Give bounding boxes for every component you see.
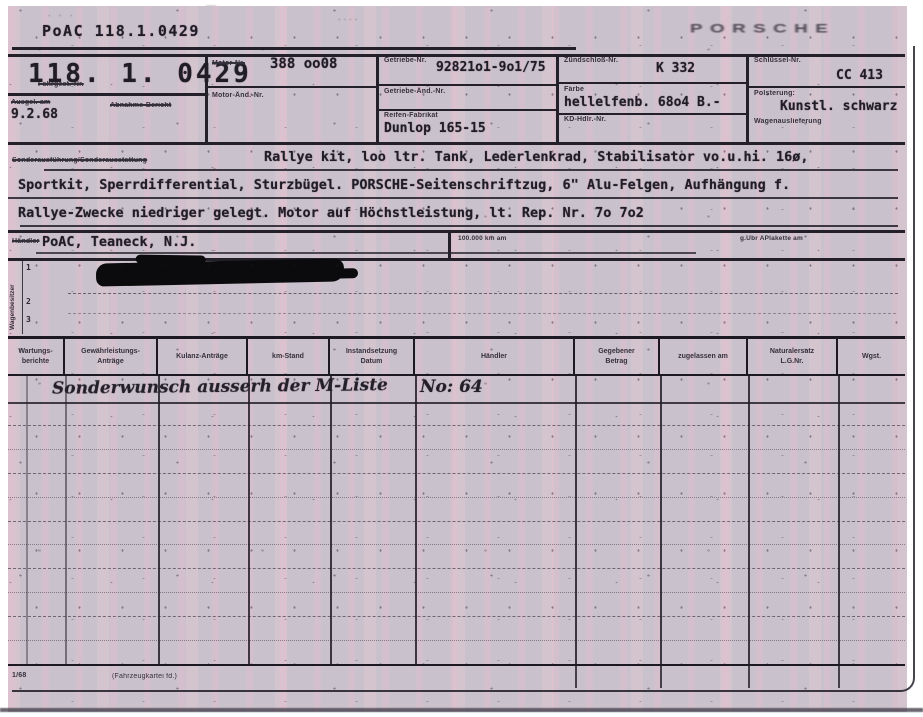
ref-number: PoAC 118.1.0429 bbox=[42, 22, 200, 40]
record-card: PoAC 118.1.0429 PORSCHE . . . .... Fahrg… bbox=[8, 6, 907, 712]
scanned-kardex-page: PoAC 118.1.0429 PORSCHE . . . .... Fahrg… bbox=[0, 0, 923, 717]
scan-dots: . . . bbox=[48, 8, 76, 18]
porsche-logo: PORSCHE bbox=[690, 22, 835, 36]
scan-artifact bbox=[0, 708, 923, 712]
scan-dots: .... bbox=[338, 12, 360, 22]
card-outer-border bbox=[12, 46, 915, 692]
